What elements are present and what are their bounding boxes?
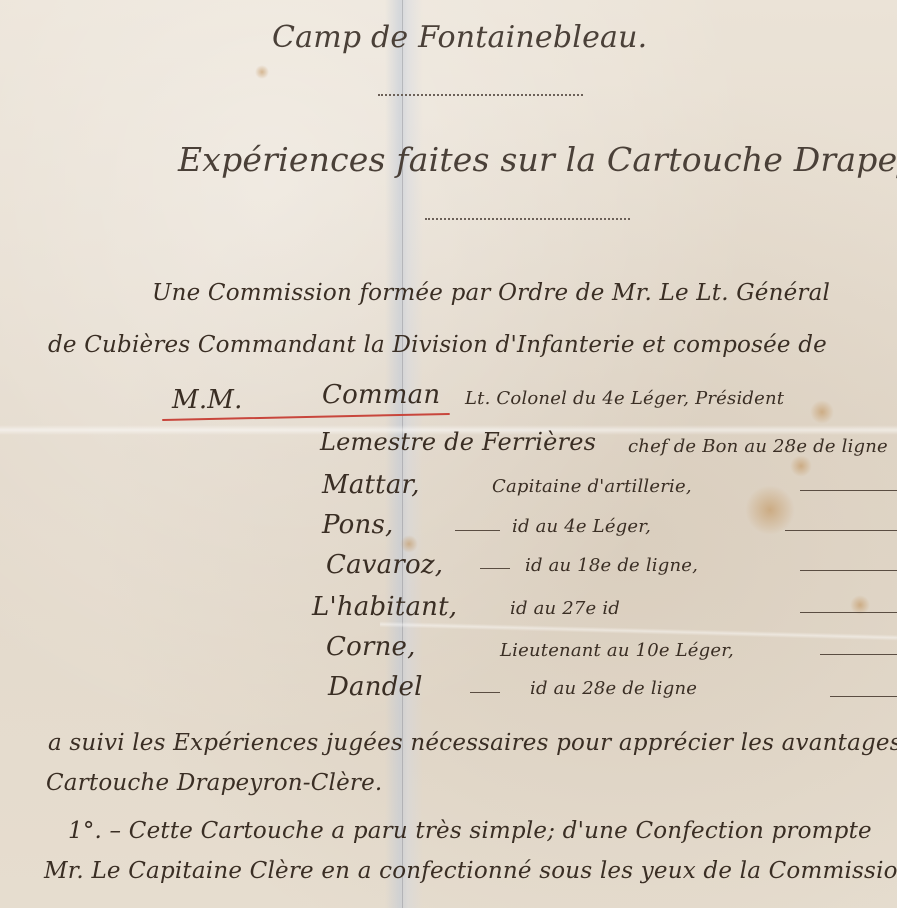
point-1-line-1: 1°. – Cette Cartouche a paru très simple… xyxy=(68,818,872,844)
intro-line-2: de Cubières Commandant la Division d'Inf… xyxy=(48,332,827,358)
fill-line xyxy=(480,568,510,569)
stain xyxy=(810,400,834,424)
member-role: Capitaine d'artillerie, xyxy=(492,476,692,497)
member-role: id au 18e de ligne, xyxy=(525,555,698,576)
member-name: L'habitant, xyxy=(312,592,457,622)
document-subheading: Expériences faites sur la Cartouche Drap… xyxy=(178,140,897,179)
fill-line xyxy=(800,490,897,491)
fill-line xyxy=(470,692,500,693)
intro-line-1: Une Commission formée par Ordre de Mr. L… xyxy=(152,280,830,306)
member-role: chef de Bon au 28e de ligne xyxy=(628,436,888,457)
fill-line xyxy=(820,654,897,655)
member-name: Cavaroz, xyxy=(326,550,443,580)
member-name: Corne, xyxy=(326,632,416,662)
fill-line xyxy=(800,612,897,613)
conclusion-line-2: Cartouche Drapeyron-Clère. xyxy=(46,770,382,796)
subheading-ornament xyxy=(425,212,630,220)
member-name: Dandel xyxy=(328,672,423,702)
member-name: Pons, xyxy=(322,510,393,540)
fill-line xyxy=(830,696,897,697)
conclusion-line-1: a suivi les Expériences jugées nécessair… xyxy=(48,730,897,756)
heading-ornament xyxy=(378,88,583,96)
fill-line xyxy=(455,530,500,531)
member-role: Lt. Colonel du 4e Léger, Président xyxy=(465,388,784,409)
point-1-line-2: Mr. Le Capitaine Clère en a confectionné… xyxy=(44,858,897,884)
member-role: id au 28e de ligne xyxy=(530,678,697,699)
member-role: Lieutenant au 10e Léger, xyxy=(500,640,734,661)
members-prefix: M.M. xyxy=(172,385,243,415)
fill-line xyxy=(800,570,897,571)
member-name: Lemestre de Ferrières xyxy=(320,428,596,456)
stain xyxy=(745,485,795,535)
fill-line xyxy=(785,530,897,531)
stain xyxy=(255,65,269,79)
member-role: id au 4e Léger, xyxy=(512,516,651,537)
member-name: Comman xyxy=(322,380,440,410)
member-role: id au 27e id xyxy=(510,598,620,619)
document-heading: Camp de Fontainebleau. xyxy=(272,20,647,55)
member-name: Mattar, xyxy=(322,470,420,500)
stain xyxy=(790,455,812,477)
